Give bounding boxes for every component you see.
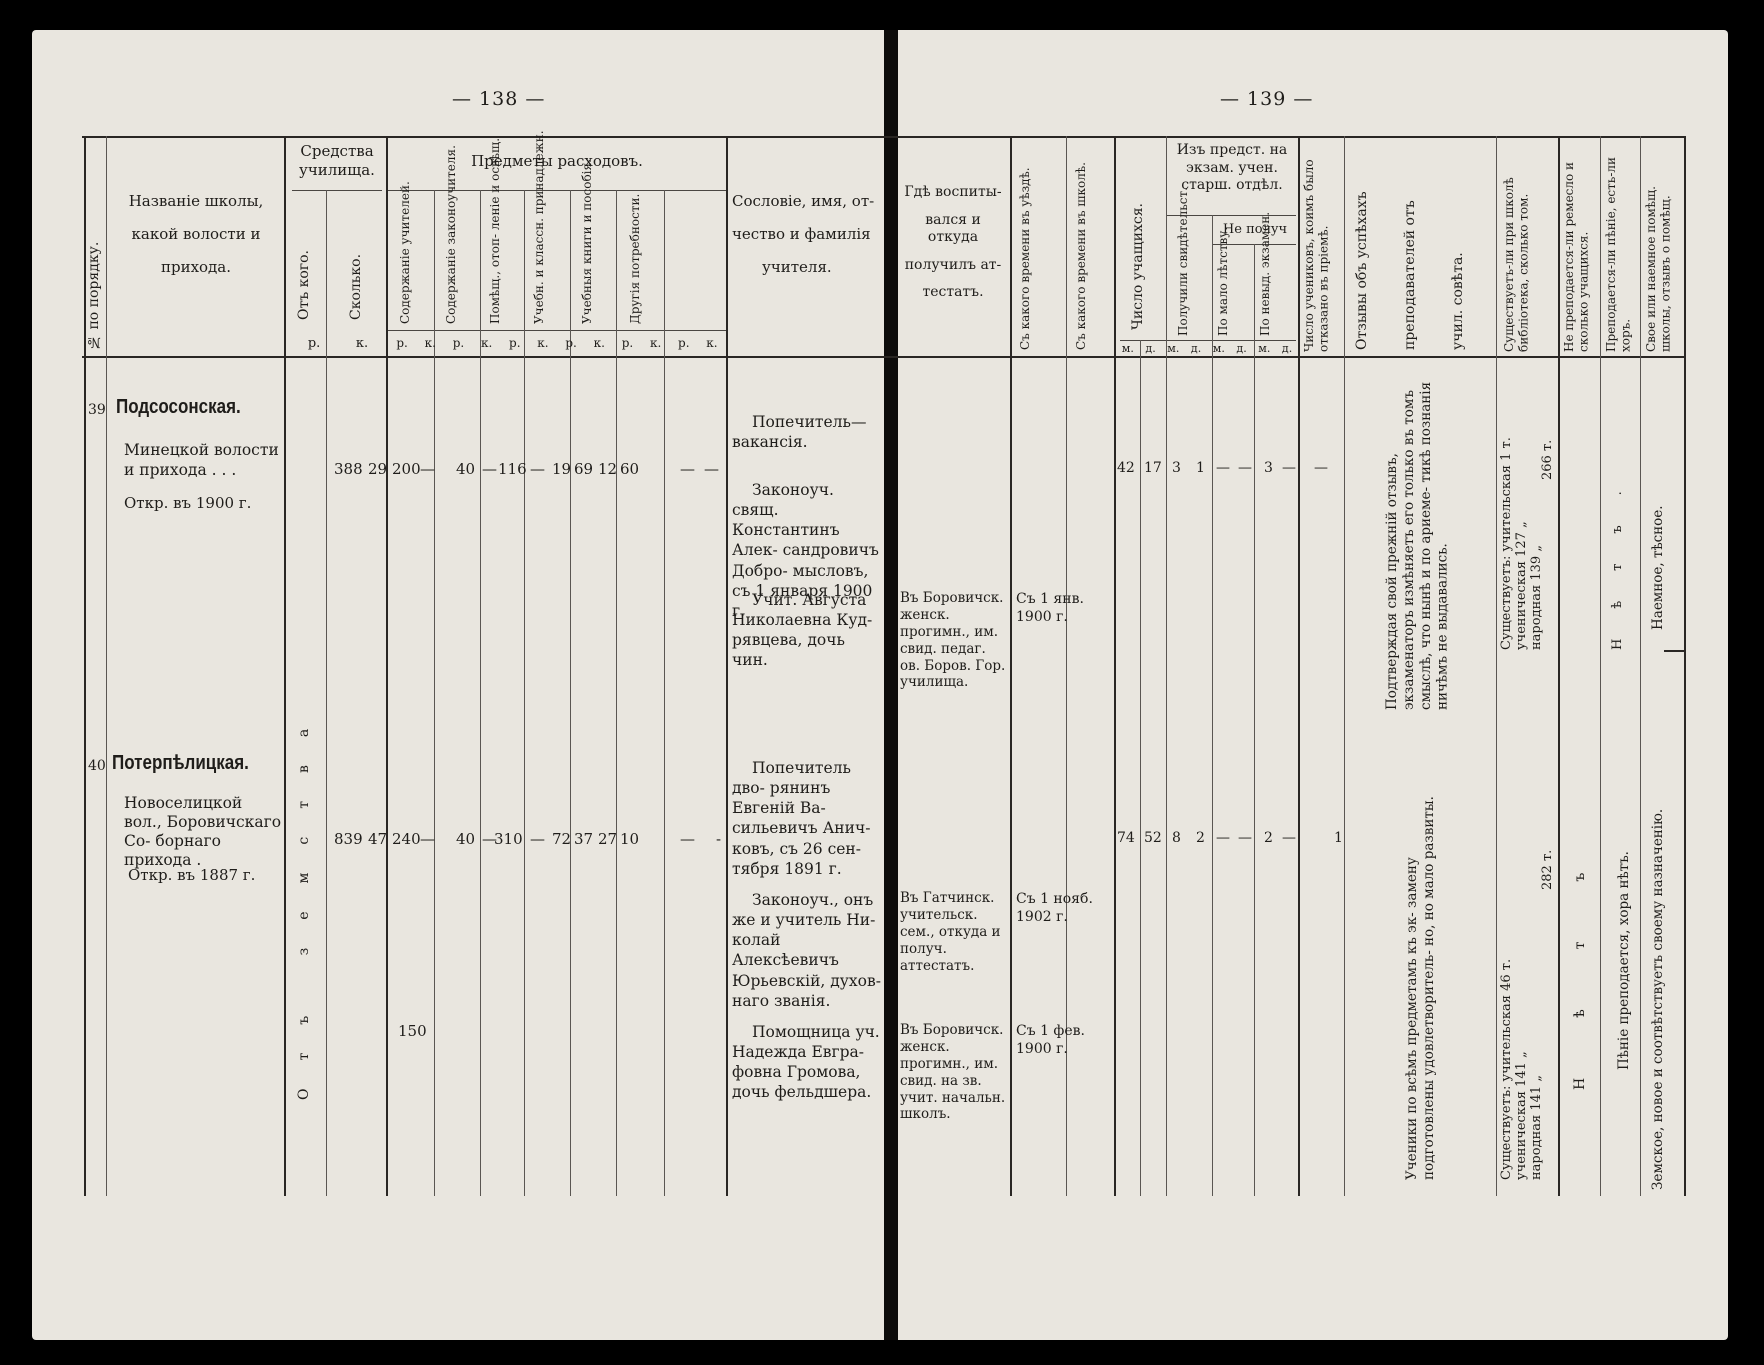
header-building: Свое или наемное помѣщ. школы, отзывъ о … [1644, 140, 1682, 352]
kop-label: к. [594, 336, 605, 350]
m-label: м. [1122, 342, 1134, 355]
d-label: д. [1191, 342, 1201, 355]
pupils-d: 17 [1144, 460, 1162, 476]
kop-label: к. [537, 336, 548, 350]
pupils-m: 74 [1117, 830, 1135, 846]
rub-label: р. [678, 336, 690, 350]
header-funds-from: Отъ кого. [296, 200, 313, 320]
col-line [726, 136, 728, 1196]
assistant-amount: 150 [398, 1022, 427, 1040]
singing-info: Пѣніе преподается, хора нѣтъ. [1616, 790, 1632, 1070]
header-by-age: По мало лѣтству. [1216, 250, 1230, 336]
exp-other-kop: — [704, 460, 719, 478]
col-line [1496, 136, 1497, 1196]
col-line [1166, 136, 1167, 1196]
book-spine [884, 30, 898, 1340]
header-reviews-line: Отзывы объ успѣхахъ [1354, 150, 1371, 350]
header-pupils: Число учащихся. [1130, 170, 1147, 330]
age-m: — [1216, 460, 1230, 476]
m-label: м. [1167, 342, 1179, 355]
exp-supplies-kop: 69 [574, 460, 593, 478]
exp-books-kop: 10 [620, 830, 639, 848]
rub-label: р. [453, 336, 465, 350]
header-teacher-line: учителя. [732, 258, 882, 277]
exp-law-kop: — [482, 460, 497, 478]
exp-teachers-kop: — [420, 460, 435, 478]
exp-supplies-rub: 19 [552, 460, 571, 478]
exp-other-rub: — [680, 830, 695, 848]
col-line [1558, 136, 1560, 1196]
kop-label: к. [356, 336, 368, 351]
exp-premises-rub: 116 [498, 460, 527, 478]
header-educated-line: получилъ ат- [898, 257, 1008, 275]
header-reviews: Отзывы объ успѣхахъ преподавателей отъ у… [1352, 150, 1492, 350]
fail-m: 2 [1264, 830, 1273, 846]
teacher-education: Въ Боровичск. женск. прогимн., им. свид.… [900, 1022, 1008, 1123]
col-line [1212, 215, 1213, 1196]
fail-d: — [1282, 460, 1296, 476]
col-line [1344, 136, 1345, 1196]
m-label: м. [1258, 342, 1270, 355]
header-since-uezd: Съ какого времени въ уѣздѣ. [1018, 150, 1032, 350]
school-name: Потерпѣлицкая. [112, 752, 249, 775]
pupils-m: 42 [1117, 460, 1135, 476]
library-line: ученическая 141 „ [1514, 1051, 1529, 1180]
header-exp-teachers: Содержаніе учителей. [398, 196, 412, 324]
header-exp-other: Другія потребности. [628, 196, 642, 324]
exp-supplies-kop: 37 [574, 830, 593, 848]
exp-premises-kop: — [530, 830, 545, 848]
rub-label: р. [308, 336, 320, 351]
funds-kop: 47 [368, 830, 387, 848]
cert-d: 1 [1196, 460, 1205, 476]
header-since-school: Съ какого времени въ школѣ. [1074, 150, 1088, 350]
header-educated: Гдѣ воспиты- вался и откуда получилъ ат-… [898, 184, 1008, 302]
header-singing: Преподается-ли пѣніе, есть-ли хоръ. [1604, 140, 1638, 352]
trustee: Попечитель— вакансія. [732, 412, 882, 452]
header-teacher-line: Сословіе, имя, от- [732, 192, 882, 211]
header-exp-premises: Помѣщ., отоп- леніе и освѣщ. [488, 196, 502, 324]
header-library: Существуетъ-ли при школѣ библіотека, ско… [1502, 140, 1554, 352]
funds-kop: 29 [368, 460, 387, 478]
exp-premises-kop: — [530, 460, 545, 478]
header-expenses: Предметы расходовъ. [390, 152, 724, 171]
header-name-line: Названіе школы, [110, 192, 282, 211]
kop-label: к. [706, 336, 717, 350]
exp-teachers-kop: — [420, 830, 435, 848]
review-text: Подтверждая свой прежній отзывъ, экзамен… [1384, 370, 1488, 710]
col-line [1640, 136, 1641, 1196]
exp-books-rub: 27 [598, 830, 617, 848]
header-funds: Средства училища. [290, 142, 384, 180]
rub-kop-rule [386, 330, 726, 331]
cert-m: 3 [1172, 460, 1181, 476]
header-md-row: м.д. м.д. м.д. м.д. [1116, 342, 1298, 355]
header-educated-line: вался и откуда [898, 212, 1008, 247]
col-line [1254, 244, 1255, 1196]
header-reviews-line: учил. совѣта. [1450, 150, 1467, 350]
rub-label: р. [622, 336, 634, 350]
col-line [1600, 136, 1601, 1196]
table-top-rule [82, 136, 1684, 138]
header-name-line: какой волости и [110, 225, 282, 244]
teacher-since: Съ 1 фев. 1900 г. [1016, 1022, 1108, 1058]
library-line: народная 139 „ [1529, 545, 1544, 650]
library-lines: Существуетъ: учительская 1 т. ученическа… [1500, 370, 1545, 650]
building-split-rule [1664, 650, 1684, 652]
header-name-line: прихода. [110, 258, 282, 277]
teacher-since: Съ 1 янв. 1900 г. [1016, 590, 1108, 626]
library-info: Существуетъ: учительская 1 т. ученическа… [1500, 370, 1556, 650]
age-m: — [1216, 830, 1230, 846]
kop-label: к. [481, 336, 492, 350]
review-text: Ученики по всѣмъ предметамъ къ эк- замен… [1404, 760, 1484, 1180]
header-educated-line: тестатъ. [898, 284, 1008, 302]
cert-d: 2 [1196, 830, 1205, 846]
md-rule [1120, 340, 1296, 341]
exp-law-rub: 40 [456, 830, 475, 848]
m-label: м. [1213, 342, 1225, 355]
rub-label: р. [565, 336, 577, 350]
col-line [1010, 136, 1012, 1196]
col-line [1298, 136, 1300, 1196]
header-exp-supplies: Учебн. и классн. принадлежн. [532, 196, 546, 324]
library-total: 266 т. [1540, 370, 1556, 480]
header-teacher-line: чество и фамилія [732, 225, 882, 244]
d-label: д. [1145, 342, 1155, 355]
refused-count: 1 [1334, 830, 1343, 846]
col-line [1684, 136, 1686, 1196]
fail-d: — [1282, 830, 1296, 846]
header-funds-amount: Сколько. [348, 200, 365, 320]
header-reviews-line: преподавателей отъ [1402, 150, 1419, 350]
library-prefix: Существуетъ: [1499, 556, 1514, 650]
expenses-rub-kop: р.к. р.к. р.к. р.к. р.к. р.к. [388, 336, 726, 350]
page-number-right: — 139 — [1220, 88, 1313, 110]
kop-label: к. [425, 336, 436, 350]
school-opened: Откр. въ 1900 г. [124, 494, 251, 512]
header-got-cert: Получили свидѣтельст. [1176, 220, 1190, 336]
row-num: 39 [88, 402, 106, 418]
header-educated-line: Гдѣ воспиты- [898, 184, 1008, 202]
col-line [1114, 136, 1116, 1196]
exp-supplies-rub: 72 [552, 830, 571, 848]
col-line [386, 136, 388, 1196]
teacher-education: Въ Гатчинск. учительск. сем., откуда и п… [900, 890, 1008, 974]
library-info: Существуетъ: учительская 46 т. ученическ… [1500, 700, 1556, 1180]
age-d: — [1238, 460, 1252, 476]
kop-label: к. [650, 336, 661, 350]
trustee: Попечитель дво- рянинъ Евгеній Ва- силье… [732, 758, 882, 879]
rub-label: р. [396, 336, 408, 350]
exp-teachers-rub: 200 [392, 460, 421, 478]
teacher-entry: Помощница уч. Надежда Евгра- фовна Громо… [732, 1022, 882, 1103]
exp-law-rub: 40 [456, 460, 475, 478]
funds-rub: 839 [334, 830, 363, 848]
exp-other-rub: — [680, 460, 695, 478]
teacher-entry: Учит. Августа Николаевна Куд- рявцева, д… [732, 590, 882, 671]
library-line: учительская 46 т. [1499, 959, 1514, 1082]
exp-premises-rub: 310 [494, 830, 523, 848]
funds-rub: 388 [334, 460, 363, 478]
col-line [1140, 340, 1141, 1196]
pupils-d: 52 [1144, 830, 1162, 846]
header-teacher: Сословіе, имя, от- чество и фамилія учит… [732, 192, 882, 276]
singing-info: Нѣтъ. [1610, 450, 1626, 650]
row-num: 40 [88, 758, 106, 774]
library-lines: Существуетъ: учительская 46 т. ученическ… [1500, 880, 1545, 1180]
header-by-fail: По невыд. экзамен. [1258, 250, 1272, 336]
library-total: 282 т. [1540, 830, 1556, 890]
header-name: Названіе школы, какой волости и прихода. [110, 192, 282, 276]
funds-from-spanning: Отъ земства [296, 450, 313, 1100]
building-info: Наемное, тѣсное. [1650, 430, 1666, 630]
rub-label: р. [509, 336, 521, 350]
exp-books-kop: 60 [620, 460, 639, 478]
page-number-left: — 138 — [452, 88, 545, 110]
expenses-sub-rule [386, 190, 726, 191]
cert-m: 8 [1172, 830, 1181, 846]
school-parish: Новоселицкой вол., Боровичскаго Со- борн… [124, 794, 282, 870]
library-prefix: Существуетъ: [1499, 1086, 1514, 1180]
school-name: Подсосонская. [116, 396, 241, 419]
header-craft: Не преподается-ли ремесло и сколько учащ… [1562, 140, 1598, 352]
fail-m: 3 [1264, 460, 1273, 476]
d-label: д. [1282, 342, 1292, 355]
header-bottom-rule [82, 356, 1684, 358]
craft-spanning: Нѣтъ [1572, 470, 1589, 1090]
exp-teachers-rub: 240 [392, 830, 421, 848]
teacher-entry: Законоуч., онъ же и учитель Ни- колай Ал… [732, 890, 882, 1011]
header-exp-law: Содержаніе законоучителя. [444, 196, 458, 324]
library-line: учительская 1 т. [1499, 437, 1514, 551]
header-num: № по порядку. [86, 200, 103, 350]
library-line: народная 141 „ [1529, 1075, 1544, 1180]
teacher-since: Съ 1 нояб. 1902 г. [1016, 890, 1108, 926]
school-parish: Минецкой волости и прихода . . . [124, 440, 282, 480]
building-info: Земское, новое и соотвѣтствуетъ своему н… [1650, 720, 1666, 1190]
header-refused: Число учениковъ, коимъ было отказано въ … [1302, 140, 1340, 352]
exp-books-rub: 12 [598, 460, 617, 478]
d-label: д. [1236, 342, 1246, 355]
library-line: ученическая 127 „ [1514, 521, 1529, 650]
teacher-education: Въ Боровичск. женск. прогимн., им. свид.… [900, 590, 1008, 691]
col-line [106, 136, 107, 1196]
exp-other-kop: - [716, 830, 721, 848]
header-exp-books: Учебныя книги и пособія. [580, 196, 594, 324]
school-opened: Откр. въ 1887 г. [128, 866, 255, 884]
refused-count: — [1314, 460, 1328, 476]
col-line [284, 136, 286, 1196]
funds-sub-rule [292, 190, 382, 191]
age-d: — [1238, 830, 1252, 846]
funds-rub-kop: р. к. [290, 336, 386, 351]
